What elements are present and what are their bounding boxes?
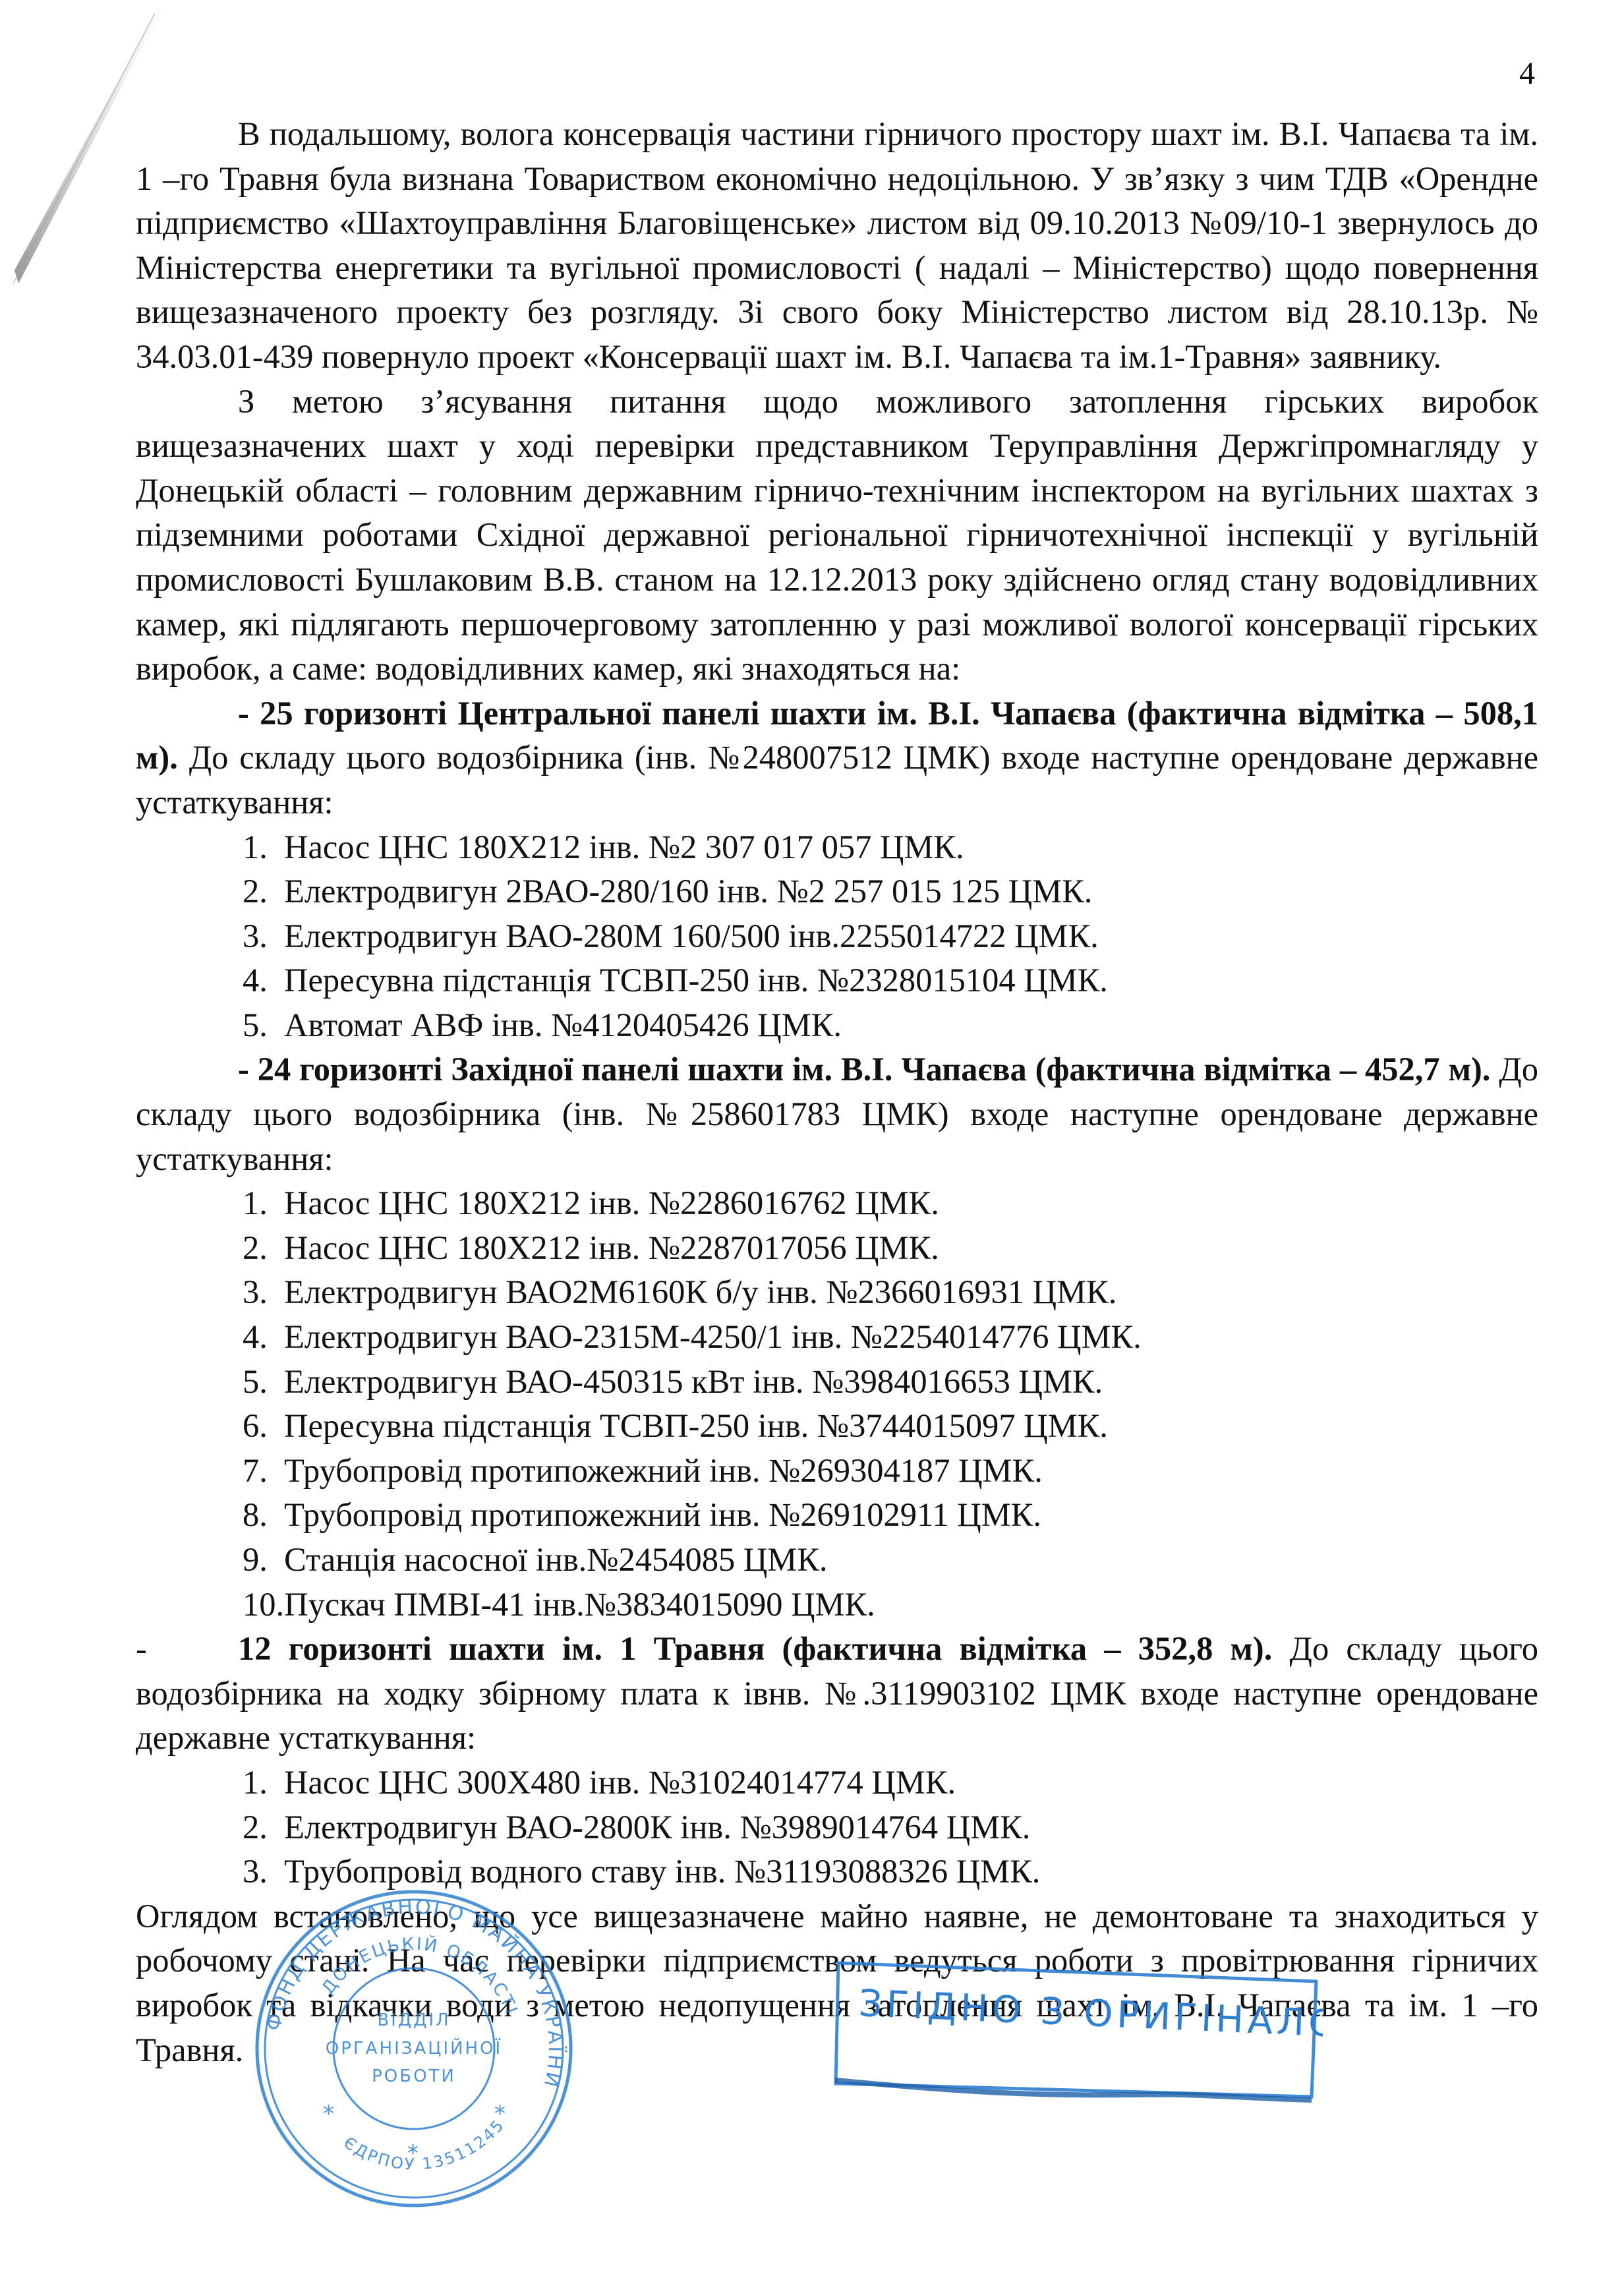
list-item-text: Автомат АВФ інв. №4120405426 ЦМК. <box>284 1007 842 1043</box>
list-item: 1.Насос ЦНС 180Х212 інв. №2 307 017 057 … <box>136 825 1538 870</box>
list-item: 4.Електродвигун ВАО-2315М-4250/1 інв. №2… <box>136 1315 1538 1360</box>
section-heading-bold: 12 горизонті шахти ім. 1 Травня (фактичн… <box>238 1630 1272 1667</box>
section-heading-bold: - 24 горизонті Західної панелі шахти ім.… <box>238 1051 1490 1088</box>
list-item: 2.Насос ЦНС 180Х212 інв. №2287017056 ЦМК… <box>136 1226 1538 1271</box>
list-item-number: 9. <box>243 1538 268 1583</box>
list-item-number: 2. <box>243 1226 268 1271</box>
list-item: 9.Станція насосної інв.№2454085 ЦМК. <box>136 1538 1538 1583</box>
list-item-text: Електродвигун ВАО2М6160К б/у інв. №23660… <box>284 1273 1116 1310</box>
list-item-number: 3. <box>243 1850 268 1894</box>
list-item-number: 8. <box>243 1493 268 1538</box>
list-item: 10.Пускач ПМВІ-41 інв.№3834015090 ЦМК. <box>136 1583 1538 1627</box>
list-item-text: Пересувна підстанція ТСВП-250 інв. №3744… <box>284 1407 1108 1444</box>
section-heading-horizon-12: -12 горизонті шахти ім. 1 Травня (фактич… <box>136 1627 1538 1761</box>
list-item-number: 4. <box>243 1315 268 1360</box>
list-item-number: 2. <box>243 869 268 914</box>
list-item: 6.Пересувна підстанція ТСВП-250 інв. №37… <box>136 1404 1538 1449</box>
list-item: 1.Насос ЦНС 300Х480 інв. №31024014774 ЦМ… <box>136 1761 1538 1805</box>
list-item-number: 5. <box>243 1003 268 1048</box>
seal-star-icon: * <box>407 2140 420 2167</box>
seal-bottom-text: ЄДРПОУ 13511245 <box>340 2115 508 2174</box>
list-item-text: Насос ЦНС 180Х212 інв. №2287017056 ЦМК. <box>284 1229 939 1266</box>
list-item: 3.Трубопровід водного ставу інв. №311930… <box>136 1850 1538 1894</box>
paragraph-inspection: З метою з’ясування питання щодо можливог… <box>136 380 1538 691</box>
list-item-text: Трубопровід протипожежний інв. №26910291… <box>284 1496 1041 1533</box>
list-item-number: 3. <box>243 914 268 959</box>
section-heading-horizon-25: - 25 горизонті Центральної панелі шахти … <box>136 691 1538 825</box>
list-item-text: Трубопровід водного ставу інв. №31193088… <box>284 1853 1040 1890</box>
list-item: 2.Електродвигун 2ВАО-280/160 інв. №2 257… <box>136 869 1538 914</box>
list-item: 7.Трубопровід протипожежний інв. №269304… <box>136 1449 1538 1494</box>
page-number: 4 <box>1519 58 1535 90</box>
list-item: 5.Автомат АВФ інв. №4120405426 ЦМК. <box>136 1003 1538 1048</box>
seal-star-icon: * <box>494 2101 507 2127</box>
section-dash: - <box>136 1627 147 1672</box>
list-item-text: Насос ЦНС 180Х212 інв. №2286016762 ЦМК. <box>284 1184 939 1221</box>
section-heading-horizon-24: - 24 горизонті Західної панелі шахти ім.… <box>136 1047 1538 1181</box>
list-item-text: Електродвигун ВАО-2800К інв. №3989014764… <box>284 1809 1030 1846</box>
equipment-list-horizon-24: 1.Насос ЦНС 180Х212 інв. №2286016762 ЦМК… <box>136 1181 1538 1627</box>
list-item-number: 10. <box>243 1586 284 1623</box>
list-item-text: Насос ЦНС 180Х212 інв. №2 307 017 057 ЦМ… <box>284 829 964 865</box>
list-item-number: 7. <box>243 1449 268 1494</box>
list-item-number: 1. <box>243 825 268 870</box>
section-heading-text: До складу цього водозбірника (інв. №2480… <box>136 739 1538 821</box>
list-item-text: Електродвигун 2ВАО-280/160 інв. №2 257 0… <box>284 873 1092 910</box>
equipment-list-horizon-25: 1.Насос ЦНС 180Х212 інв. №2 307 017 057 … <box>136 825 1538 1048</box>
list-item: 8.Трубопровід протипожежний інв. №269102… <box>136 1493 1538 1538</box>
list-item-text: Електродвигун ВАО-2315М-4250/1 інв. №225… <box>284 1318 1142 1355</box>
list-item-text: Насос ЦНС 300Х480 інв. №31024014774 ЦМК. <box>284 1764 956 1801</box>
seal-star-icon: * <box>323 2101 336 2127</box>
paragraph-intro: В подальшому, волога консервація частини… <box>136 112 1538 380</box>
list-item-text: Пускач ПМВІ-41 інв.№3834015090 ЦМК. <box>284 1586 875 1623</box>
equipment-list-horizon-12: 1.Насос ЦНС 300Х480 інв. №31024014774 ЦМ… <box>136 1761 1538 1894</box>
list-item-text: Трубопровід протипожежний інв. №26930418… <box>284 1452 1043 1489</box>
paragraph-conclusion: Оглядом встановлено, що усе вищезазначен… <box>136 1894 1538 2072</box>
list-item: 4.Пересувна підстанція ТСВП-250 інв. №23… <box>136 958 1538 1003</box>
document-page: 4 В подальшому, волога консервація части… <box>0 0 1624 2278</box>
list-item-text: Електродвигун ВАО-450315 кВт інв. №39840… <box>284 1363 1103 1400</box>
list-item-number: 3. <box>243 1270 268 1315</box>
list-item-number: 1. <box>243 1181 268 1226</box>
list-item: 1.Насос ЦНС 180Х212 інв. №2286016762 ЦМК… <box>136 1181 1538 1226</box>
list-item-number: 6. <box>243 1404 268 1449</box>
list-item-number: 2. <box>243 1805 268 1850</box>
list-item: 3.Електродвигун ВАО2М6160К б/у інв. №236… <box>136 1270 1538 1315</box>
list-item-number: 5. <box>243 1360 268 1405</box>
list-item-text: Пересувна підстанція ТСВП-250 інв. №2328… <box>284 962 1108 999</box>
list-item-number: 1. <box>243 1761 268 1805</box>
list-item: 5.Електродвигун ВАО-450315 кВт інв. №398… <box>136 1360 1538 1405</box>
list-item-text: Електродвигун ВАО-280М 160/500 інв.22550… <box>284 918 1099 954</box>
document-body: В подальшому, волога консервація частини… <box>136 112 1538 2072</box>
list-item-text: Станція насосної інв.№2454085 ЦМК. <box>284 1541 828 1578</box>
list-item: 3.Електродвигун ВАО-280М 160/500 інв.225… <box>136 914 1538 959</box>
list-item: 2.Електродвигун ВАО-2800К інв. №39890147… <box>136 1805 1538 1850</box>
list-item-number: 4. <box>243 958 268 1003</box>
